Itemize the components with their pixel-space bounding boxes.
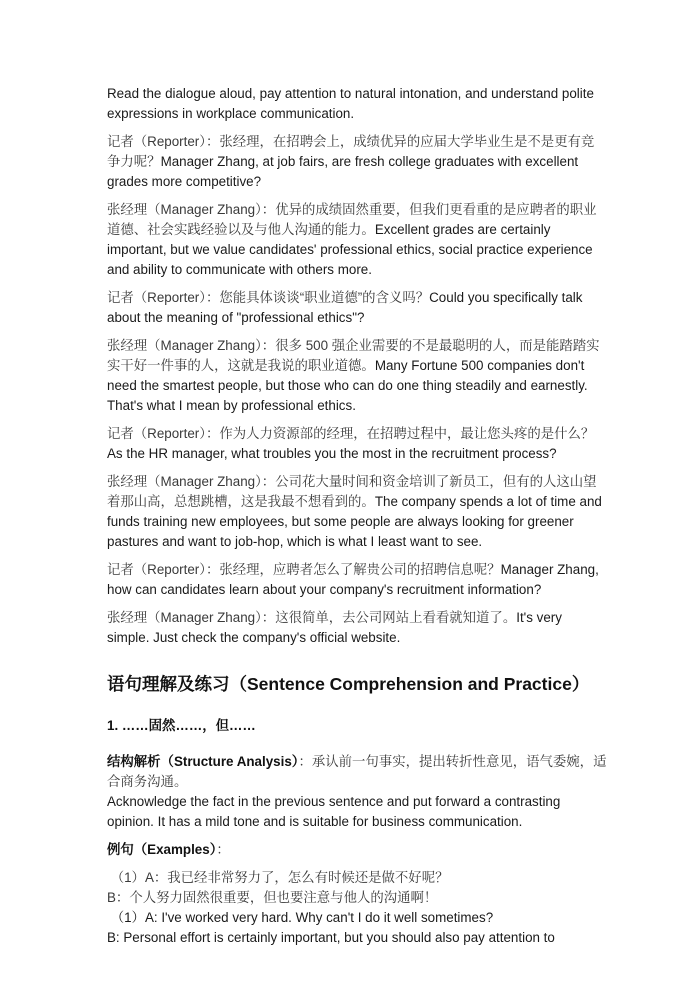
speaker-label: 记者（Reporter）： bbox=[107, 290, 219, 305]
speaker-label: 记者（Reporter）： bbox=[107, 426, 219, 441]
intro-text: Read the dialogue aloud, pay attention t… bbox=[107, 84, 607, 124]
example-line: （1）A：我已经非常努力了，怎么有时候还是做不好呢？ bbox=[107, 868, 607, 888]
analysis-label: 结构解析（Structure Analysis） bbox=[107, 754, 298, 769]
section-title: 语句理解及练习（Sentence Comprehension and Pract… bbox=[107, 672, 607, 696]
examples-sep: ： bbox=[216, 842, 229, 857]
example-line: B: Personal effort is certainly importan… bbox=[107, 928, 607, 948]
dialogue-cn: 您能具体谈谈“职业道德”的含义吗？ bbox=[219, 290, 429, 305]
examples-heading: 例句（Examples）： bbox=[107, 840, 607, 860]
dialogue-line: 记者（Reporter）：张经理，应聘者怎么了解贵公司的招聘信息呢？Manage… bbox=[107, 560, 607, 600]
speaker-label: 张经理（Manager Zhang）： bbox=[107, 202, 275, 217]
analysis-sep: ： bbox=[298, 754, 311, 769]
dialogue-cn: 这很简单，去公司网站上看看就知道了。 bbox=[275, 610, 516, 625]
structure-analysis: 结构解析（Structure Analysis）：承认前一句事实，提出转折性意见… bbox=[107, 752, 607, 792]
examples-list: （1）A：我已经非常努力了，怎么有时候还是做不好呢？ B：个人努力固然很重要，但… bbox=[107, 868, 607, 948]
dialogue-line: 记者（Reporter）：作为人力资源部的经理，在招聘过程中，最让您头疼的是什么… bbox=[107, 424, 607, 464]
dialogue: 记者（Reporter）：张经理，在招聘会上，成绩优异的应届大学毕业生是不是更有… bbox=[107, 132, 607, 648]
dialogue-line: 张经理（Manager Zhang）：优异的成绩固然重要，但我们更看重的是应聘者… bbox=[107, 200, 607, 280]
speaker-label: 张经理（Manager Zhang）： bbox=[107, 474, 275, 489]
dialogue-cn: 张经理，应聘者怎么了解贵公司的招聘信息呢？ bbox=[219, 562, 500, 577]
speaker-label: 记者（Reporter）： bbox=[107, 562, 219, 577]
dialogue-line: 张经理（Manager Zhang）：很多 500 强企业需要的不是最聪明的人，… bbox=[107, 336, 607, 416]
dialogue-cn: 作为人力资源部的经理，在招聘过程中，最让您头疼的是什么？ bbox=[219, 426, 594, 441]
dialogue-line: 张经理（Manager Zhang）：这很简单，去公司网站上看看就知道了。It'… bbox=[107, 608, 607, 648]
analysis-en: Acknowledge the fact in the previous sen… bbox=[107, 792, 607, 832]
dialogue-line: 张经理（Manager Zhang）：公司花大量时间和资金培训了新员工，但有的人… bbox=[107, 472, 607, 552]
example-line: B：个人努力固然很重要，但也要注意与他人的沟通啊！ bbox=[107, 888, 607, 908]
speaker-label: 张经理（Manager Zhang）： bbox=[107, 610, 275, 625]
example-line: （1）A: I've worked very hard. Why can't I… bbox=[107, 908, 607, 928]
examples-label: 例句（Examples） bbox=[107, 842, 216, 857]
dialogue-en: Manager Zhang, at job fairs, are fresh c… bbox=[107, 154, 578, 189]
dialogue-en: As the HR manager, what troubles you the… bbox=[107, 446, 557, 461]
speaker-label: 张经理（Manager Zhang）： bbox=[107, 338, 275, 353]
dialogue-line: 记者（Reporter）：张经理，在招聘会上，成绩优异的应届大学毕业生是不是更有… bbox=[107, 132, 607, 192]
document-page: Read the dialogue aloud, pay attention t… bbox=[107, 84, 607, 948]
speaker-label: 记者（Reporter）： bbox=[107, 134, 219, 149]
dialogue-line: 记者（Reporter）：您能具体谈谈“职业道德”的含义吗？Could you … bbox=[107, 288, 607, 328]
item-title: 1. ……固然……，但…… bbox=[107, 716, 607, 736]
